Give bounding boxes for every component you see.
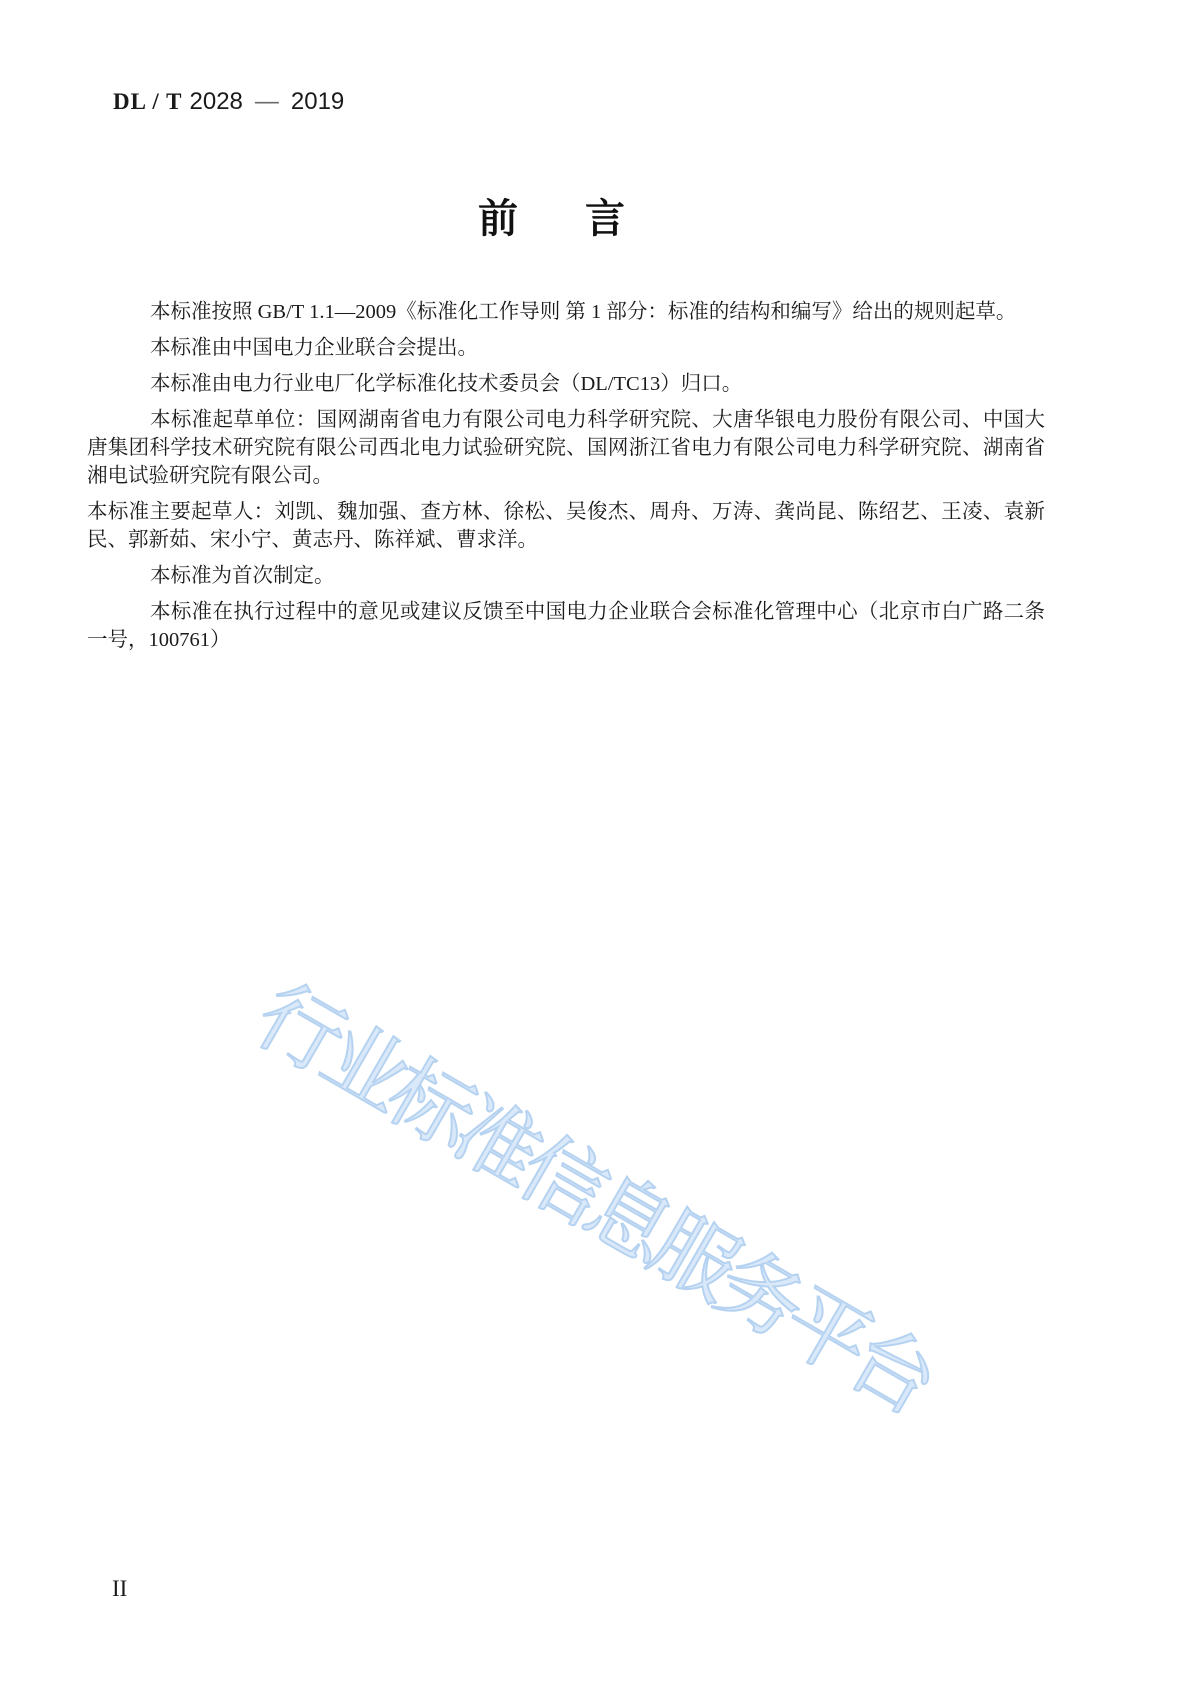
page-title-char-second: 言 xyxy=(585,196,625,242)
foreword-paragraph: 本标准起草单位：国网湖南省电力有限公司电力科学研究院、大唐华银电力股份有限公司、… xyxy=(87,406,1045,490)
page-title-char-first: 前 xyxy=(478,196,518,242)
standard-code-year: 2019 xyxy=(291,88,344,116)
standard-code: DL / T 2028 — 2019 xyxy=(113,88,344,116)
foreword-paragraph: 本标准由中国电力企业联合会提出。 xyxy=(87,334,1045,362)
page-number: II xyxy=(112,1576,127,1602)
foreword-paragraph: 本标准由电力行业电厂化学标准化技术委员会（DL/TC13）归口。 xyxy=(87,370,1045,398)
watermark: 行业标准信息服务平台 xyxy=(238,950,957,1435)
foreword-paragraph: 本标准按照 GB/T 1.1—2009《标准化工作导则 第 1 部分：标准的结构… xyxy=(87,298,1045,326)
standard-code-prefix: DL / T xyxy=(113,89,183,115)
foreword-paragraph: 本标准在执行过程中的意见或建议反馈至中国电力企业联合会标准化管理中心（北京市白广… xyxy=(87,598,1045,654)
foreword-paragraph: 本标准为首次制定。 xyxy=(87,562,1045,590)
foreword-paragraph: 本标准主要起草人：刘凯、魏加强、查方林、徐松、吴俊杰、周舟、万涛、龚尚昆、陈绍艺… xyxy=(87,498,1045,554)
standard-code-dash: — xyxy=(255,88,279,116)
document-page: DL / T 2028 — 2019 前 言 本标准按照 GB/T 1.1—20… xyxy=(0,0,1190,1684)
page-title: 前 言 xyxy=(478,196,625,242)
standard-code-number: 2028 xyxy=(190,88,243,116)
foreword-body: 本标准按照 GB/T 1.1—2009《标准化工作导则 第 1 部分：标准的结构… xyxy=(87,298,1045,662)
